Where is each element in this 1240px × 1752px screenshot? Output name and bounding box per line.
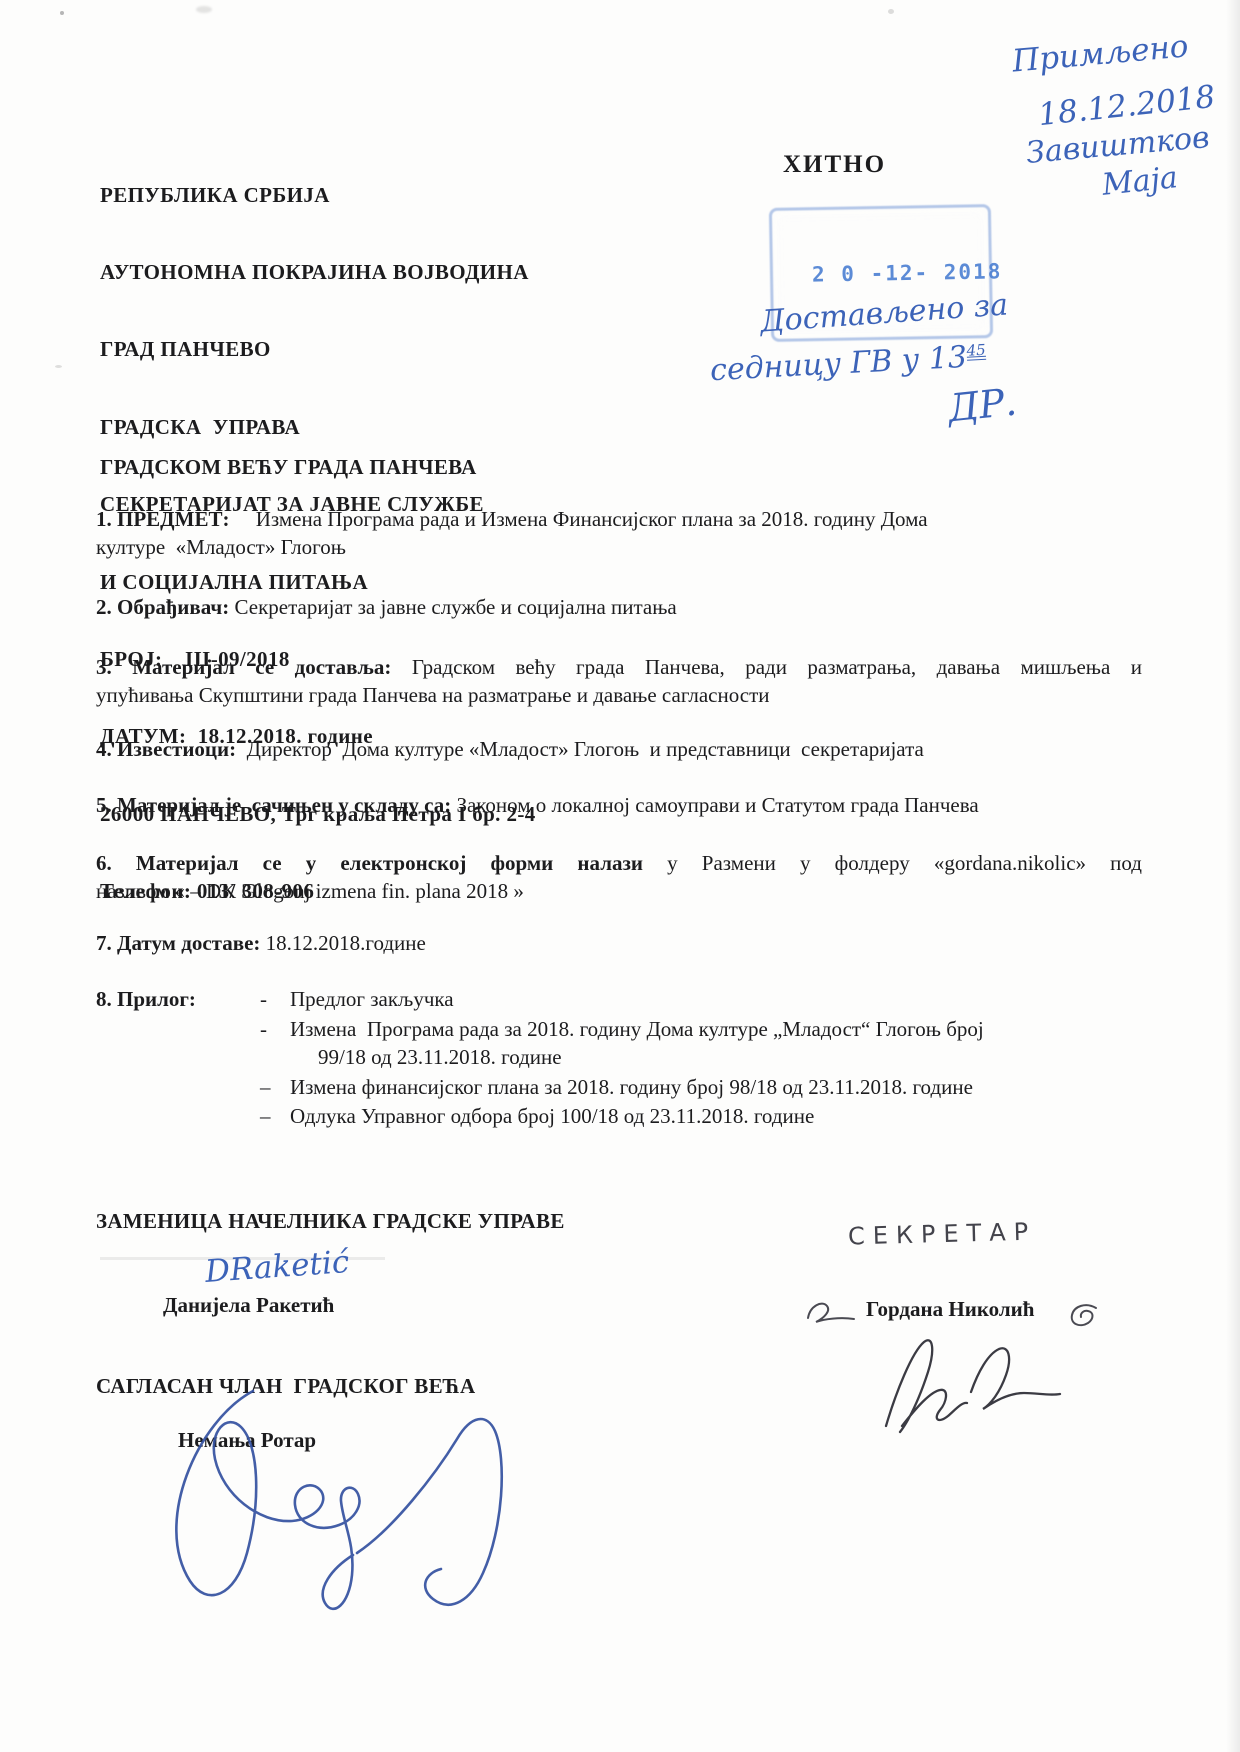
scanned-document-page: РЕПУБЛИКА СРБИЈА АУТОНОМНА ПОКРАЈИНА ВОЈ… <box>0 0 1240 1752</box>
received-note-name2: Маја <box>1100 160 1179 203</box>
member-signature-autograph <box>135 1383 535 1618</box>
item-subject-label: 1. ПРЕДМЕТ: <box>96 507 229 531</box>
letterhead-line: РЕПУБЛИКА СРБИЈА <box>100 183 536 209</box>
attachment-marker: - <box>260 985 290 1013</box>
attachment-text: Одлука Управног одбора број 100/18 од 23… <box>290 1104 814 1128</box>
item-rapporteurs-text: Директор Дома културе «Младост» Глогоњ и… <box>236 737 924 761</box>
item-delivered-to-label: 3. Материјал се доставља: <box>96 655 391 679</box>
item-delivered-to: 3. Материјал се доставља: Градском већу … <box>96 653 1142 709</box>
scan-artifact <box>60 11 64 15</box>
item-delivery-date: 7. Датум доставе: 18.12.2018.године <box>96 929 1142 957</box>
deputy-name: Данијела Ракетић <box>163 1293 334 1318</box>
delivery-note-initials: ДР. <box>946 380 1019 431</box>
attachment-row: -Предлог закључка <box>260 985 454 1013</box>
item-electronic-form-line1: 6. Материјал се у електронској форми нал… <box>96 849 1142 877</box>
scan-artifact <box>888 9 894 14</box>
scan-artifact <box>55 365 62 368</box>
item-attachments-label: 8. Прилог: <box>96 987 196 1011</box>
received-note-line: Примљено <box>1011 28 1190 79</box>
item-legal-basis-text: Законом о локалној самоуправи и Статутом… <box>451 793 979 817</box>
attachment-marker: – <box>260 1073 290 1101</box>
item-processor-text: Секретаријат за јавне службе и социјална… <box>229 595 677 619</box>
attachment-row: –Одлука Управног одбора број 100/18 од 2… <box>260 1102 814 1130</box>
item-delivered-to-line1: 3. Материјал се доставља: Градском већу … <box>96 653 1142 681</box>
item-processor: 2. Обрађивач: Секретаријат за јавне служ… <box>96 593 1142 621</box>
item-rapporteurs-label: 4. Известиоци: <box>96 737 236 761</box>
item-subject-text: Измена Програма рада и Измена Финансијск… <box>229 507 927 531</box>
letterhead-line: ГРАД ПАНЧЕВО <box>100 337 536 363</box>
item-rapporteurs-line1: 4. Известиоци: Директор Дома културе «Мл… <box>96 735 1142 763</box>
item-subject-line2: културе «Младост» Глогоњ <box>96 533 1142 561</box>
attachment-marker: – <box>260 1102 290 1130</box>
item-delivery-date-label: 7. Датум доставе: <box>96 931 260 955</box>
item-subject-line1: 1. ПРЕДМЕТ: Измена Програма рада и Измен… <box>96 505 1142 533</box>
item-electronic-form-line2: називом « – DK Glogonj izmena fin. plana… <box>96 877 1142 905</box>
attachment-row-continuation: 99/18 од 23.11.2018. године <box>318 1043 562 1071</box>
item-legal-basis-label: 5. Материјал је сачињен у складу са: <box>96 793 451 817</box>
item-delivered-to-text: Градском већу града Панчева, ради размат… <box>391 655 1142 679</box>
item-legal-basis: 5. Материјал је сачињен у складу са: Зак… <box>96 791 1142 819</box>
item-legal-basis-line1: 5. Материјал је сачињен у складу са: Зак… <box>96 791 1142 819</box>
letterhead-line: АУТОНОМНА ПОКРАЈИНА ВОЈВОДИНА <box>100 260 536 286</box>
date-stamp-date: 2 0 -12- 2018 <box>812 259 1003 286</box>
delivery-note-time-sup: 45 <box>966 341 986 360</box>
attachment-row: -Измена Програма рада за 2018. годину До… <box>260 1015 984 1043</box>
letterhead-line: ГРАДСКА УПРАВА <box>100 415 536 441</box>
item-electronic-form-label: 6. Материјал се у електронској форми нал… <box>96 851 643 875</box>
delivery-note-line2: седницу ГВ у 1345 <box>709 339 987 388</box>
deputy-autograph: DRaketić <box>204 1244 350 1290</box>
item-rapporteurs: 4. Известиоци: Директор Дома културе «Мл… <box>96 735 1142 763</box>
attachment-marker: - <box>260 1015 290 1043</box>
attachment-row: –Измена финансијског плана за 2018. годи… <box>260 1073 973 1101</box>
item-processor-label: 2. Обрађивач: <box>96 595 229 619</box>
secretary-handwritten-title: СЕКРЕТАР <box>848 1218 1037 1251</box>
item-attachments: 8. Прилог: <box>96 985 1142 1013</box>
secretary-paraph-right <box>1066 1300 1100 1328</box>
item-processor-line1: 2. Обрађивач: Секретаријат за јавне служ… <box>96 593 1142 621</box>
scan-edge-shadow <box>1226 0 1240 1752</box>
urgent-label: ХИТНО <box>783 151 886 179</box>
attachment-text: Измена Програма рада за 2018. годину Дом… <box>290 1017 984 1041</box>
item-subject: 1. ПРЕДМЕТ: Измена Програма рада и Измен… <box>96 505 1142 561</box>
item-attachments-line: 8. Прилог: <box>96 985 1142 1013</box>
item-delivery-date-text: 18.12.2018.године <box>260 931 425 955</box>
letterhead-line: И СОЦИЈАЛНА ПИТАЊА <box>100 570 536 596</box>
item-electronic-form-text: у Размени у фолдеру «gordana.nikolic» по… <box>643 851 1142 875</box>
secretary-paraph-left <box>800 1296 858 1330</box>
attachment-text: Предлог закључка <box>290 987 454 1011</box>
deputy-title: ЗАМЕНИЦА НАЧЕЛНИКА ГРАДСКЕ УПРАВЕ <box>96 1209 565 1234</box>
item-delivered-to-line2: упућивања Скупштини града Панчева на раз… <box>96 681 1142 709</box>
item-delivery-date-line1: 7. Датум доставе: 18.12.2018.године <box>96 929 1142 957</box>
recipient-line: ГРАДСКОМ ВЕЋУ ГРАДА ПАНЧЕВА <box>100 455 477 480</box>
delivery-note-text: седницу ГВ у 13 <box>709 340 968 388</box>
item-electronic-form: 6. Материјал се у електронској форми нал… <box>96 849 1142 905</box>
secretary-name: Гордана Николић <box>866 1297 1034 1322</box>
scan-artifact <box>196 6 212 13</box>
secretary-signature-autograph <box>872 1330 1067 1440</box>
attachment-text: Измена финансијског плана за 2018. годин… <box>290 1075 973 1099</box>
